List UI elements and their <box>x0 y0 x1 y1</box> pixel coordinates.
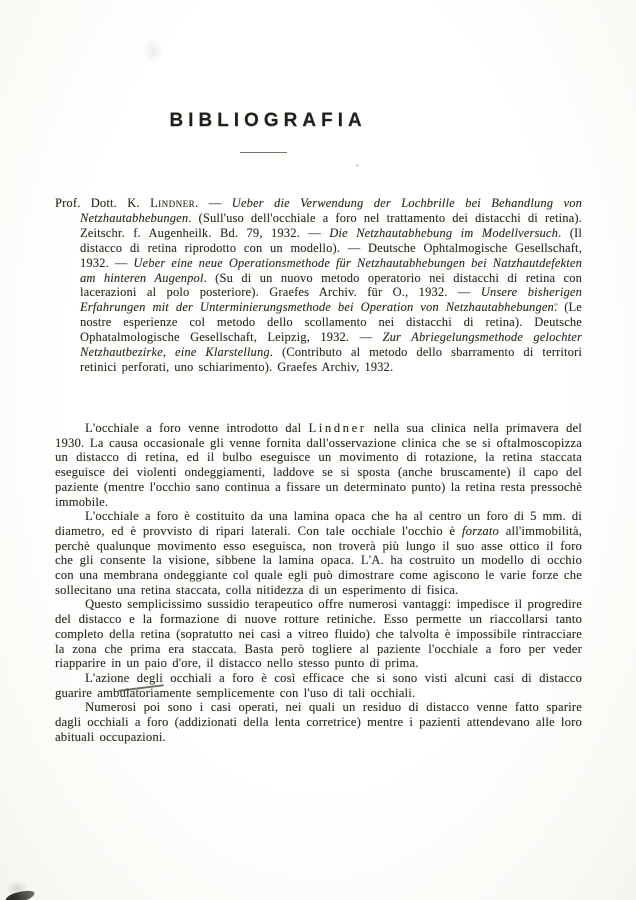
text-segment: L'occhiale a foro venne introdotto dal <box>85 421 309 435</box>
emphasized-word: forzato <box>462 524 499 538</box>
paragraph: L'occhiale a foro venne introdotto dal L… <box>55 421 582 509</box>
title-divider-rule <box>240 152 287 153</box>
paragraph: Questo semplicissimo sussidio terapeutic… <box>55 597 582 671</box>
bib-author-name: Lindner <box>150 196 195 210</box>
ink-speck-artifact <box>356 164 359 167</box>
paragraph: L'occhiale a foro è costituito da una la… <box>55 509 582 597</box>
bib-author-prefix: Prof. Dott. K. <box>55 196 150 210</box>
ink-speck-artifact <box>554 303 558 306</box>
page-title: BIBLIOGRAFIA <box>0 110 586 132</box>
author-name-spaced: Lindner <box>309 421 367 435</box>
bib-work-title: Die Netzhautabhebung im Modellversuch <box>329 226 558 240</box>
paragraph: L'azione degli occhiali a foro è così ef… <box>55 671 582 700</box>
text-segment: Questo semplicissimo sussidio terapeutic… <box>55 597 582 670</box>
article-body: L'occhiale a foro venne introdotto dal L… <box>55 421 582 744</box>
bibliography-entry: Prof. Dott. K. Lindner. — Ueber die Verw… <box>55 196 582 375</box>
scanned-document-page: BIBLIOGRAFIA Prof. Dott. K. Lindner. — U… <box>0 0 636 900</box>
text-segment: L'azione degli occhiali a foro è così ef… <box>55 671 582 700</box>
bib-text-segment: . — <box>195 196 232 210</box>
paragraph: Numerosi poi sono i casi operati, nei qu… <box>55 700 582 744</box>
paper-smudge-artifact <box>143 38 163 64</box>
text-segment: Numerosi poi sono i casi operati, nei qu… <box>55 700 582 743</box>
